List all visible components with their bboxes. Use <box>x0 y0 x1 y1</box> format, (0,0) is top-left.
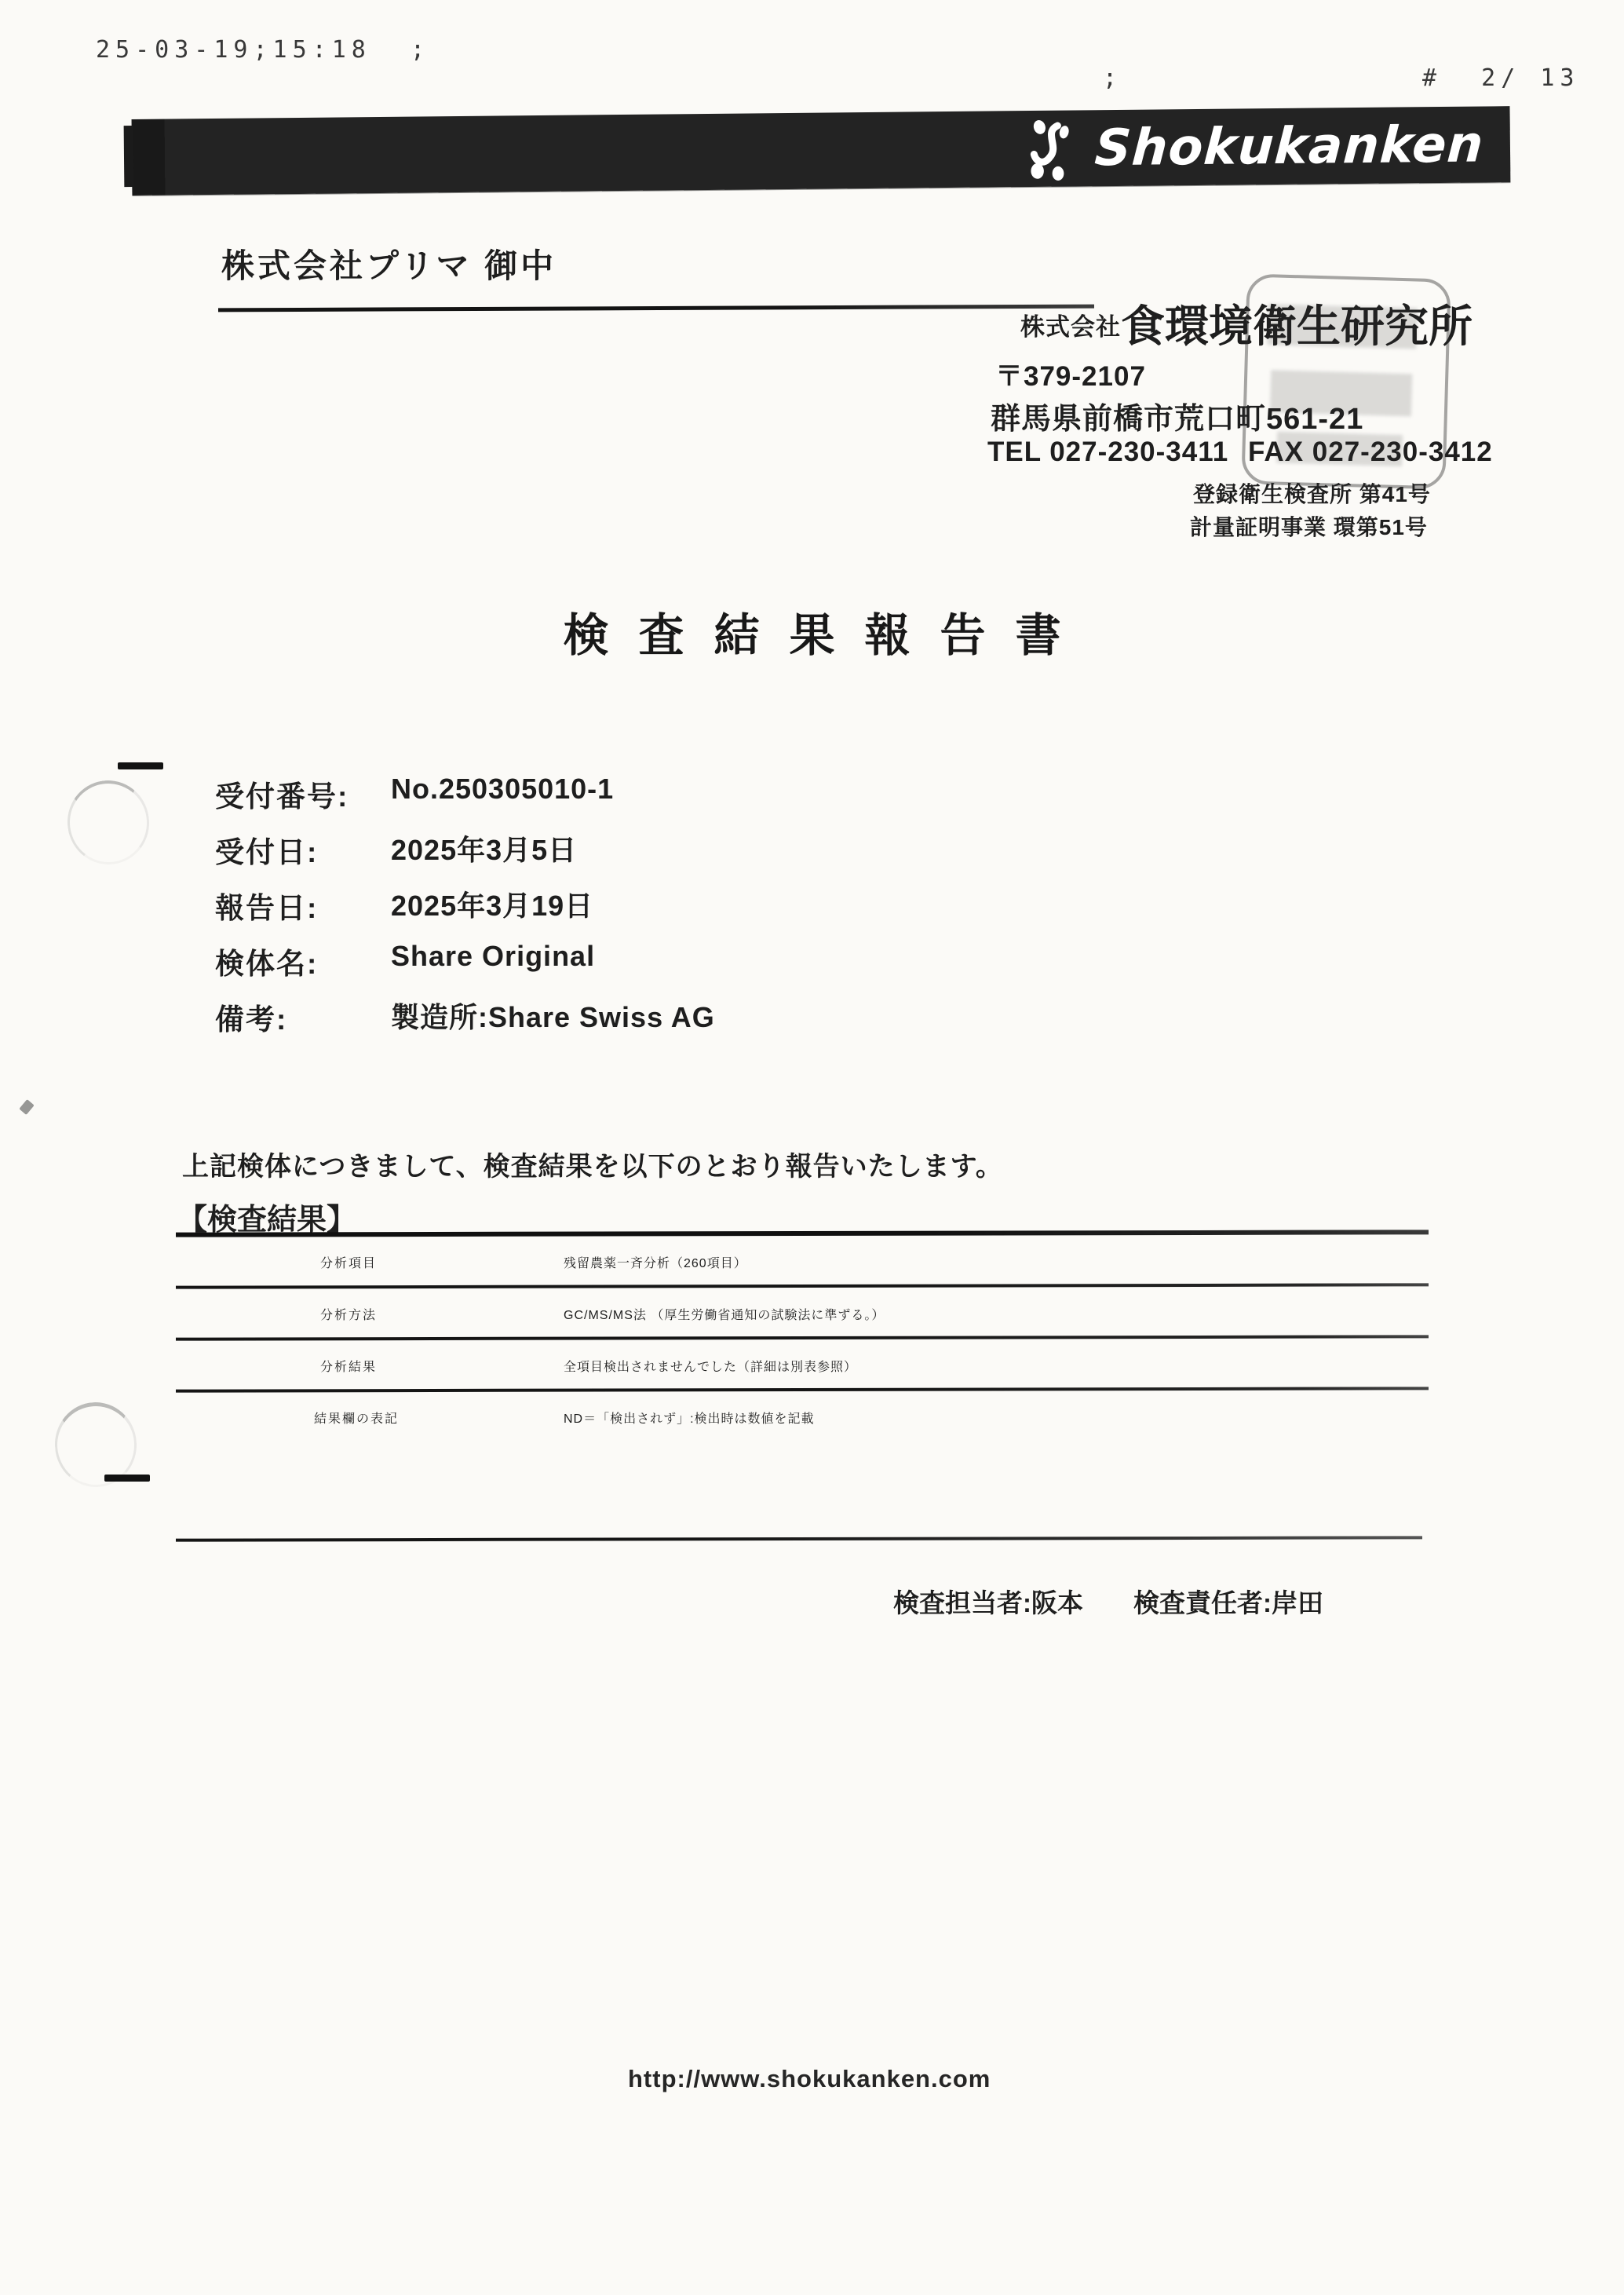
report-title: 検査結果報告書 <box>0 598 1624 664</box>
sender-registration-cert: 計量証明事業 環第51号 <box>1190 510 1428 542</box>
recipient-name: 株式会社プリマ 御中 <box>221 240 557 287</box>
meta-label: 報告日: <box>215 884 391 926</box>
meta-label: 受付日: <box>215 828 391 871</box>
company-seal-stamp <box>1241 273 1451 489</box>
brand-header-bar: Shokukanken <box>132 106 1511 196</box>
sender-company-prefix: 株式会社 <box>1020 313 1121 341</box>
scan-dash-mark <box>104 1475 150 1482</box>
brand-logo-text: Shokukanken <box>1093 115 1485 177</box>
result-row-label: 結果欄の表記 <box>314 1409 399 1427</box>
meta-value: 2025年3月5日 <box>391 828 577 871</box>
scan-speck <box>19 1099 34 1115</box>
result-row-value: ND＝「検出されず」:検出時は数値を記載 <box>564 1409 815 1427</box>
table-rule <box>176 1283 1429 1288</box>
fax-separator: ; <box>1103 64 1122 92</box>
meta-row-report-date: 報告日: 2025年3月19日 <box>215 884 1157 926</box>
meta-label: 備考: <box>215 996 391 1038</box>
footer-url: http://www.shokukanken.com <box>628 2065 991 2093</box>
sender-tel: TEL 027-230-3411 <box>987 437 1228 467</box>
fax-timestamp: 25-03-19;15:18 ; <box>96 36 430 64</box>
result-row-label: 分析結果 <box>320 1357 377 1375</box>
meta-row-reception-date: 受付日: 2025年3月5日 <box>215 828 1157 871</box>
meta-row-reception-number: 受付番号: No.250305010-1 <box>215 773 1157 815</box>
meta-value: 製造所:Share Swiss AG <box>391 996 715 1038</box>
shokukanken-logo-icon <box>1024 115 1082 182</box>
scanned-fax-report-page: 25-03-19;15:18 ; ; # 2/ 13 Shokukanken 株… <box>0 0 1624 2295</box>
sender-postal-code: 〒379-2107 <box>995 355 1146 394</box>
fax-page-indicator: # 2/ 13 <box>1422 64 1580 92</box>
results-heading-rule <box>176 1230 1429 1237</box>
table-closing-rule <box>176 1536 1422 1541</box>
meta-value: No.250305010-1 <box>391 773 614 815</box>
meta-value: 2025年3月19日 <box>391 884 593 926</box>
meta-label: 検体名: <box>215 940 391 982</box>
result-row-value: GC/MS/MS法 （厚生労働省通知の試験法に準ずる。） <box>564 1305 885 1323</box>
table-rule <box>176 1335 1429 1340</box>
meta-label: 受付番号: <box>215 773 391 815</box>
report-statement: 上記検体につきまして、検査結果を以下のとおり報告いたします。 <box>182 1145 1003 1183</box>
recipient-underline <box>218 305 1094 312</box>
result-row-value: 残留農薬一斉分析（260項目） <box>564 1253 747 1271</box>
scan-dash-mark <box>118 762 163 769</box>
meta-row-sample-name: 検体名: Share Original <box>215 940 1157 982</box>
result-row-label: 分析方法 <box>320 1305 377 1323</box>
manager-name: 検査責任者:岸田 <box>1133 1583 1323 1620</box>
signoff-row: 検査担当者:阪本 検査責任者:岸田 <box>893 1583 1323 1620</box>
meta-row-remarks: 備考: 製造所:Share Swiss AG <box>215 996 1157 1038</box>
result-row-label: 分析項目 <box>320 1253 377 1271</box>
table-rule <box>176 1387 1429 1392</box>
hole-punch-shadow <box>62 775 155 869</box>
result-row-value: 全項目検出されませんでした（詳細は別表参照） <box>564 1357 857 1375</box>
tester-name: 検査担当者:阪本 <box>893 1583 1083 1620</box>
meta-value: Share Original <box>391 940 595 982</box>
